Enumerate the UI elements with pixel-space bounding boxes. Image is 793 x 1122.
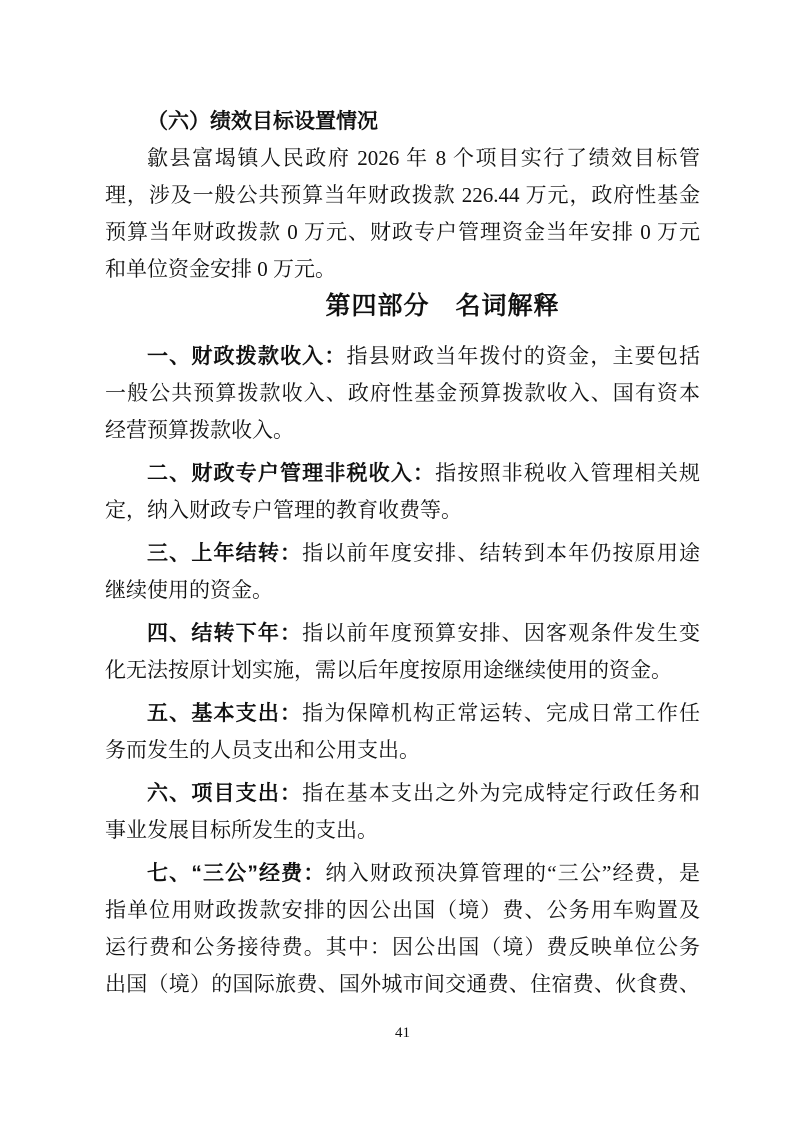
term-label: 三、上年结转：	[147, 542, 302, 565]
text-line: 七、“三公”经费：纳入财政预决算管理的“三公”经费，是	[105, 855, 700, 892]
text-line: 歙县富堨镇人民政府 2026 年 8 个项目实行了绩效目标管	[105, 140, 700, 177]
text-line: 经营预算拨款收入。	[105, 412, 700, 449]
document-page: （六）绩效目标设置情况歙县富堨镇人民政府 2026 年 8 个项目实行了绩效目标…	[0, 0, 793, 1122]
document-body: （六）绩效目标设置情况歙县富堨镇人民政府 2026 年 8 个项目实行了绩效目标…	[105, 103, 700, 1009]
paragraph: 歙县富堨镇人民政府 2026 年 8 个项目实行了绩效目标管理，涉及一般公共预算…	[105, 140, 700, 288]
text-line: 定，纳入财政专户管理的教育收费等。	[105, 492, 700, 529]
text-line: 出国（境）的国际旅费、国外城市间交通费、住宿费、伙食费、	[105, 966, 700, 1003]
document-page-root: { "page": { "number": "41", "background"…	[0, 0, 793, 1122]
text-line: 五、基本支出：指为保障机构正常运转、完成日常工作任	[105, 695, 700, 732]
text-line: 事业发展目标所发生的支出。	[105, 812, 700, 849]
term-label: 六、项目支出：	[147, 782, 302, 805]
term-label: 五、基本支出：	[147, 702, 302, 725]
text-line: 预算当年财政拨款 0 万元、财政专户管理资金当年安排 0 万元	[105, 214, 700, 251]
text-line: 运行费和公务接待费。其中：因公出国（境）费反映单位公务	[105, 929, 700, 966]
text-line: 四、结转下年：指以前年度预算安排、因客观条件发生变	[105, 615, 700, 652]
text-line: 六、项目支出：指在基本支出之外为完成特定行政任务和	[105, 775, 700, 812]
paragraph: 二、财政专户管理非税收入：指按照非税收入管理相关规定，纳入财政专户管理的教育收费…	[105, 455, 700, 529]
text-line: 三、上年结转：指以前年度安排、结转到本年仍按原用途	[105, 535, 700, 572]
text-line: 继续使用的资金。	[105, 572, 700, 609]
text-line: 一般公共预算拨款收入、政府性基金预算拨款收入、国有资本	[105, 375, 700, 412]
term-label: 四、结转下年：	[147, 622, 302, 645]
term-label: 一、财政拨款收入：	[147, 345, 347, 368]
paragraph: 四、结转下年：指以前年度预算安排、因客观条件发生变化无法按原计划实施，需以后年度…	[105, 615, 700, 689]
text-line: 务而发生的人员支出和公用支出。	[105, 732, 700, 769]
term-label: 七、“三公”经费：	[147, 862, 326, 885]
text-line: 化无法按原计划实施，需以后年度按原用途继续使用的资金。	[105, 652, 700, 689]
term-label: 二、财政专户管理非税收入：	[147, 462, 435, 485]
heading-line: （六）绩效目标设置情况	[105, 103, 700, 140]
text-line: 理，涉及一般公共预算当年财政拨款 226.44 万元，政府性基金	[105, 177, 700, 214]
text-line: 二、财政专户管理非税收入：指按照非税收入管理相关规	[105, 455, 700, 492]
page-number: 41	[105, 1024, 700, 1042]
section-title: 第四部分 名词解释	[105, 288, 700, 325]
text-line: 指单位用财政拨款安排的因公出国（境）费、公务用车购置及	[105, 892, 700, 929]
sub-heading: （六）绩效目标设置情况	[105, 103, 700, 140]
paragraph: 三、上年结转：指以前年度安排、结转到本年仍按原用途继续使用的资金。	[105, 535, 700, 609]
paragraph: 六、项目支出：指在基本支出之外为完成特定行政任务和事业发展目标所发生的支出。	[105, 775, 700, 849]
text-line: 和单位资金安排 0 万元。	[105, 251, 700, 288]
paragraph: 一、财政拨款收入：指县财政当年拨付的资金，主要包括一般公共预算拨款收入、政府性基…	[105, 338, 700, 449]
paragraph: 七、“三公”经费：纳入财政预决算管理的“三公”经费，是指单位用财政拨款安排的因公…	[105, 855, 700, 1003]
text-line: 一、财政拨款收入：指县财政当年拨付的资金，主要包括	[105, 338, 700, 375]
paragraph: 五、基本支出：指为保障机构正常运转、完成日常工作任务而发生的人员支出和公用支出。	[105, 695, 700, 769]
